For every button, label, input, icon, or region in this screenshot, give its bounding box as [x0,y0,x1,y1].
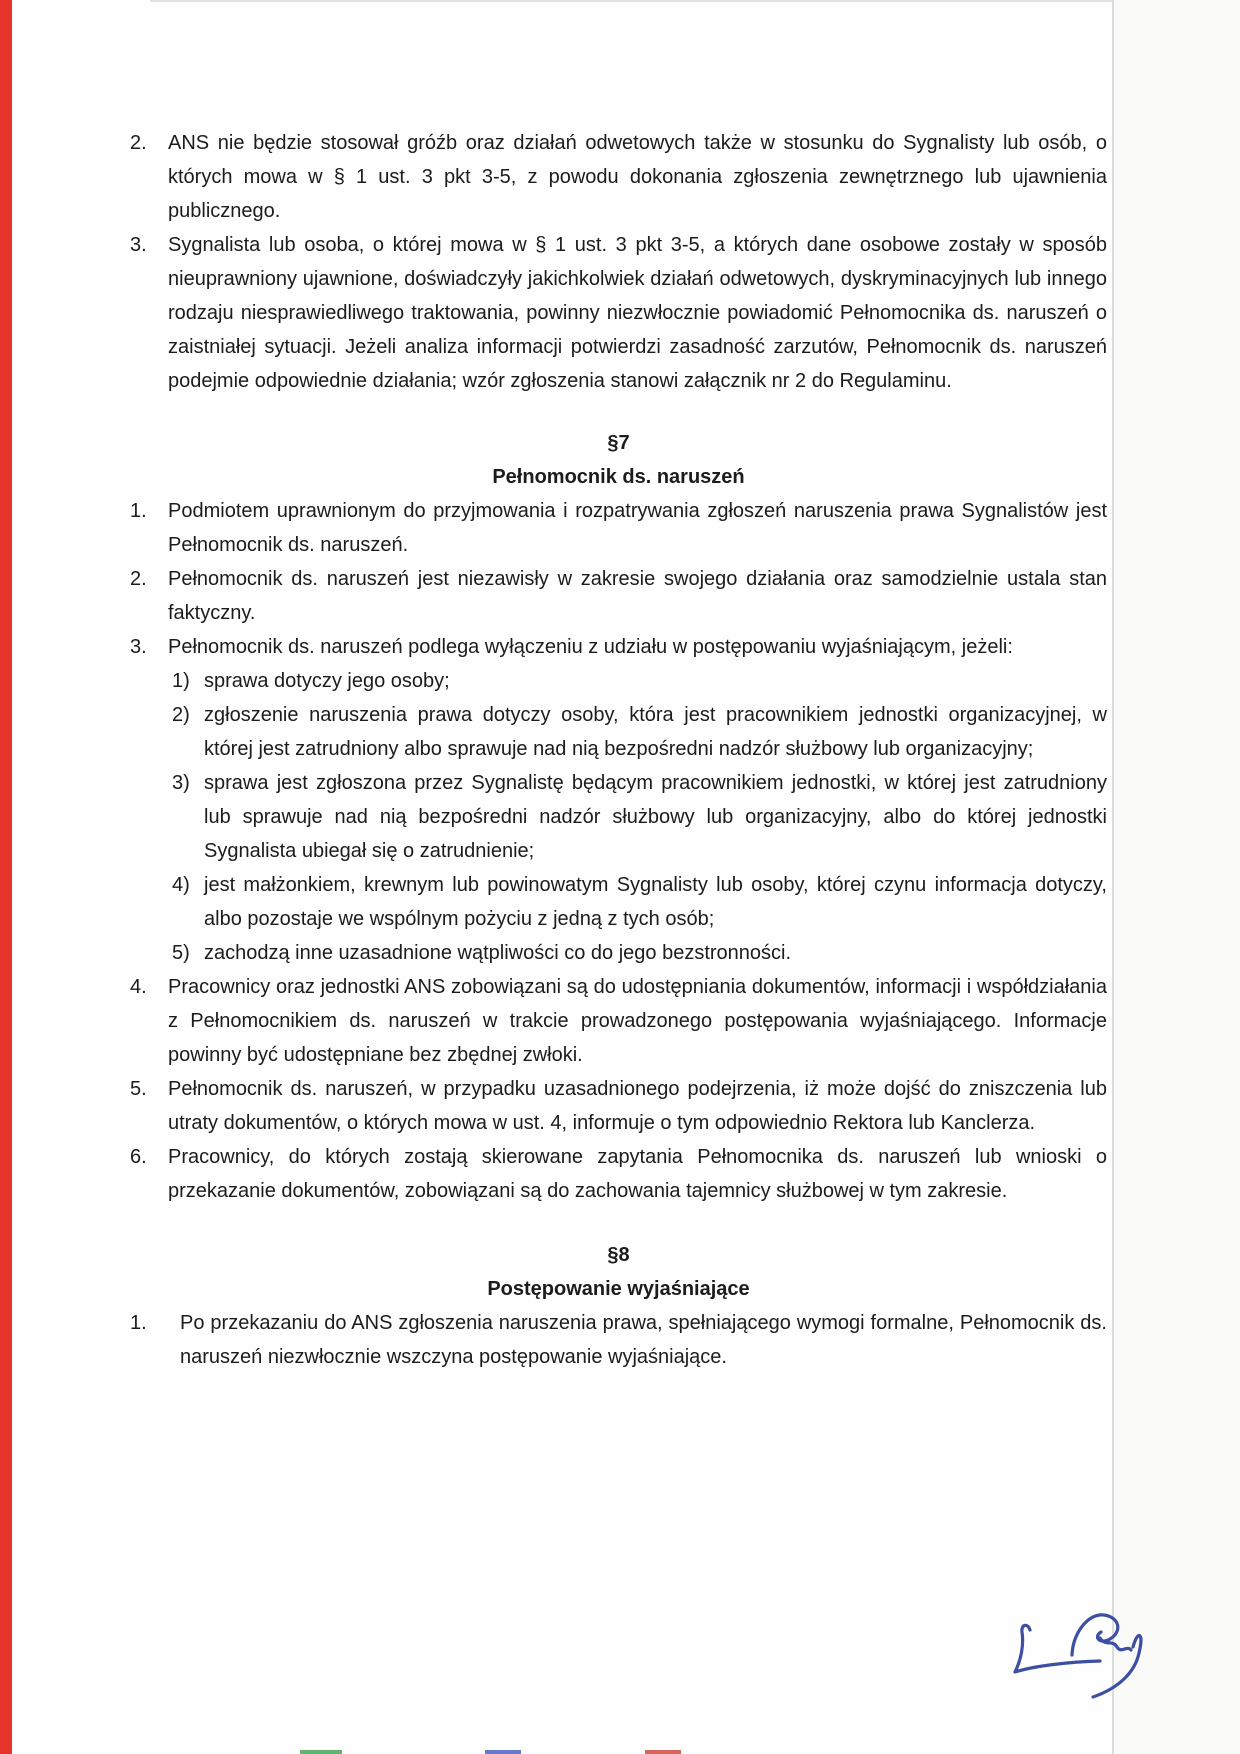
subitem-text: zachodzą inne uzasadnione wątpliwości co… [204,936,1107,970]
item-text: Pracownicy oraz jednostki ANS zobowiązan… [168,970,1107,1072]
item-text: Pracownicy, do których zostają skierowan… [168,1140,1107,1208]
list-item: 2. Pełnomocnik ds. naruszeń jest niezawi… [130,562,1107,630]
sub-list-item: 1) sprawa dotyczy jego osoby; [172,664,1107,698]
item-number: 3. [130,228,168,262]
list-item: 2. ANS nie będzie stosował gróźb oraz dz… [130,126,1107,228]
item-number: 5. [130,1072,168,1106]
scan-artifact-blue [485,1750,521,1754]
scan-artifact-red [645,1750,681,1754]
subitem-text: zgłoszenie naruszenia prawa dotyczy osob… [204,698,1107,766]
scan-page-edge-top-line [150,0,1112,2]
left-edge-red-strip [0,0,12,1754]
section-title: Postępowanie wyjaśniające [130,1272,1107,1306]
subitem-number: 1) [172,664,204,698]
sub-list: 1) sprawa dotyczy jego osoby; 2) zgłosze… [172,664,1107,970]
handwritten-signature [1000,1605,1160,1705]
subitem-number: 5) [172,936,204,970]
item-text: Pełnomocnik ds. naruszeń podlega wyłącze… [168,630,1107,664]
item-number: 1. [130,1306,180,1340]
sub-list-item: 2) zgłoszenie naruszenia prawa dotyczy o… [172,698,1107,766]
section-number: §7 [130,426,1107,460]
signature-stroke [1015,1625,1100,1672]
scan-right-margin [1114,0,1240,1754]
scan-page-edge-vertical-line [1112,0,1114,1754]
list-item: 4. Pracownicy oraz jednostki ANS zobowią… [130,970,1107,1072]
list-item: 3. Pełnomocnik ds. naruszeń podlega wyłą… [130,630,1107,664]
item-number: 4. [130,970,168,1004]
item-text: Pełnomocnik ds. naruszeń, w przypadku uz… [168,1072,1107,1140]
sub-list-item: 4) jest małżonkiem, krewnym lub powinowa… [172,868,1107,936]
list-item: 1. Podmiotem uprawnionym do przyjmowania… [130,494,1107,562]
item-number: 3. [130,630,168,664]
section-title: Pełnomocnik ds. naruszeń [130,460,1107,494]
item-number: 1. [130,494,168,528]
subitem-text: sprawa jest zgłoszona przez Sygnalistę b… [204,766,1107,868]
item-text: Podmiotem uprawnionym do przyjmowania i … [168,494,1107,562]
item-text: Pełnomocnik ds. naruszeń jest niezawisły… [168,562,1107,630]
sub-list-item: 3) sprawa jest zgłoszona przez Sygnalist… [172,766,1107,868]
item-number: 2. [130,562,168,596]
item-number: 2. [130,126,168,160]
item-text: Po przekazaniu do ANS zgłoszenia narusze… [180,1306,1107,1374]
item-number: 6. [130,1140,168,1174]
section-number: §8 [130,1238,1107,1272]
subitem-number: 2) [172,698,204,732]
subitem-text: jest małżonkiem, krewnym lub powinowatym… [204,868,1107,936]
subitem-number: 4) [172,868,204,902]
item-text: ANS nie będzie stosował gróźb oraz dział… [168,126,1107,228]
document-body: 2. ANS nie będzie stosował gróźb oraz dz… [130,126,1107,1374]
list-item: 6. Pracownicy, do których zostają skiero… [130,1140,1107,1208]
list-item: 5. Pełnomocnik ds. naruszeń, w przypadku… [130,1072,1107,1140]
signature-stroke [1072,1615,1141,1697]
document-page: 2. ANS nie będzie stosował gróźb oraz dz… [0,0,1240,1754]
item-text: Sygnalista lub osoba, o której mowa w § … [168,228,1107,398]
sub-list-item: 5) zachodzą inne uzasadnione wątpliwości… [172,936,1107,970]
subitem-text: sprawa dotyczy jego osoby; [204,664,1107,698]
list-item: 1. Po przekazaniu do ANS zgłoszenia naru… [130,1306,1107,1374]
list-item: 3. Sygnalista lub osoba, o której mowa w… [130,228,1107,398]
subitem-number: 3) [172,766,204,800]
scan-artifact-green [300,1750,342,1754]
